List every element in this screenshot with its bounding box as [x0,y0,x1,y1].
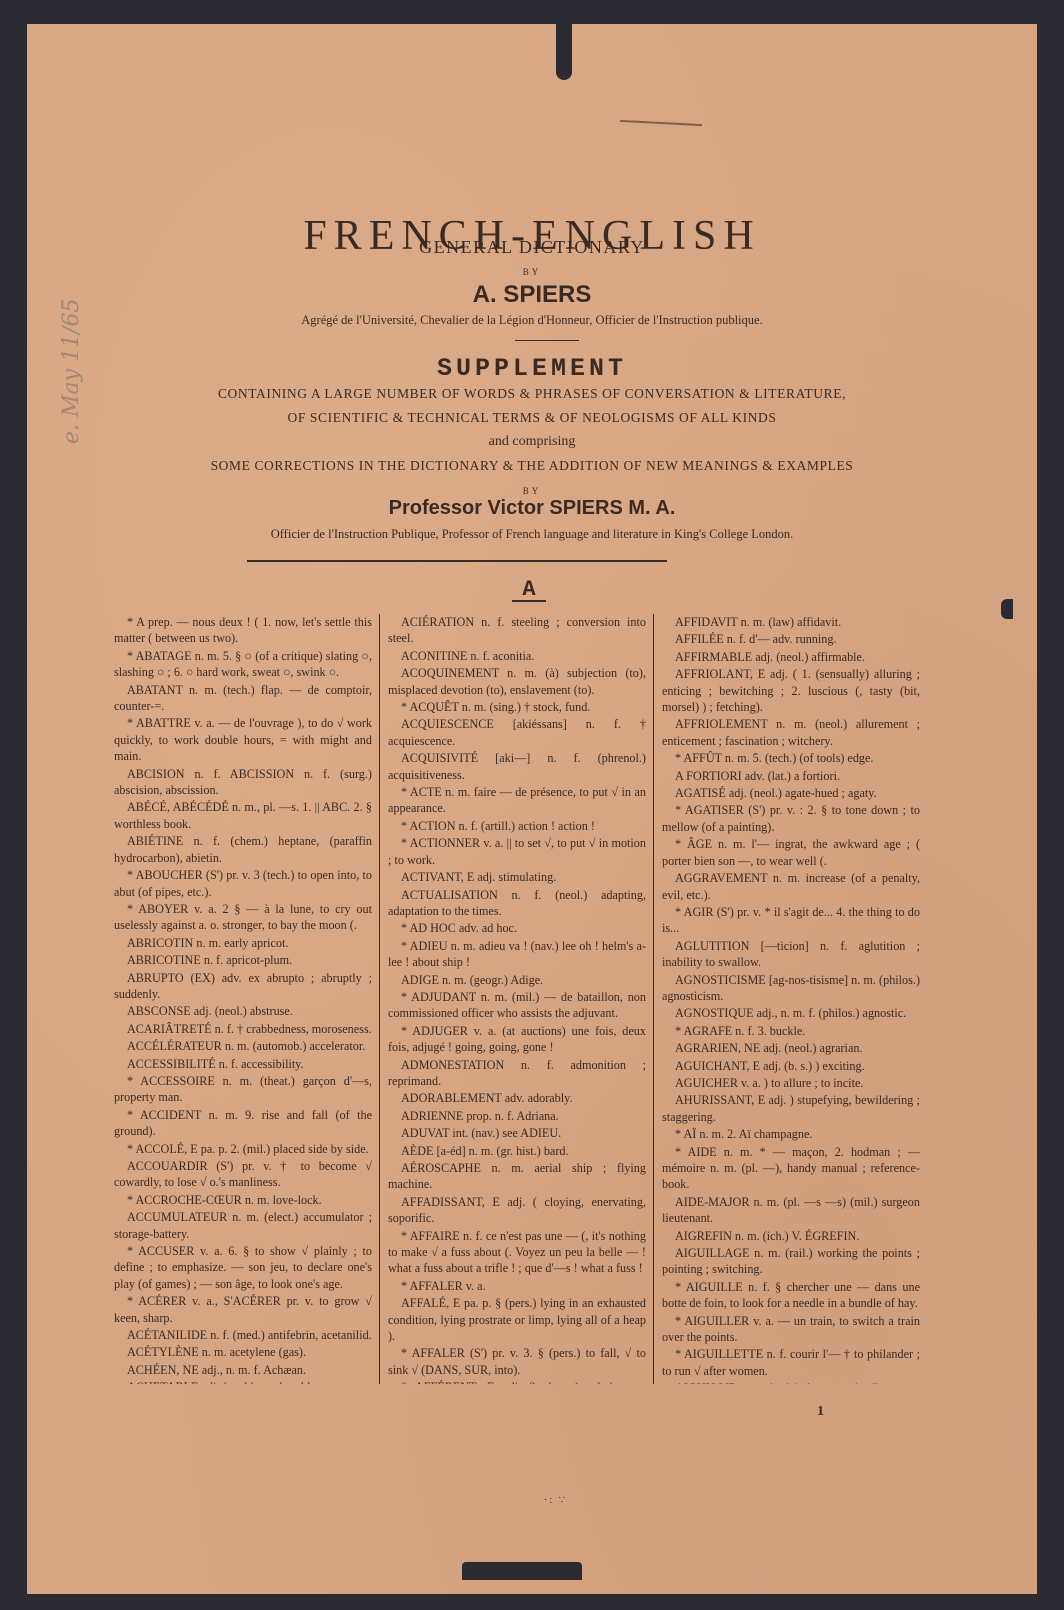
dictionary-entry: AFFRIOLEMENT n. m. (neol.) allurement ; … [662,716,920,749]
dictionary-entry: AFFRIOLANT, E adj. ( 1. (sensually) allu… [662,666,920,715]
dictionary-entry: ABIÉTINE n. f. (chem.) heptane, (paraffi… [114,833,372,866]
dictionary-entry: ACTIVANT, E adj. stimulating. [388,869,646,885]
dictionary-entry: * AIGUILLE n. f. § chercher une — dans u… [662,1279,920,1312]
dictionary-entry: * ACTIONNER v. a. || to set √, to put √ … [388,835,646,868]
dictionary-entry: * ABATTRE v. a. — de l'ouvrage ), to do … [114,715,372,764]
divider-long [247,560,667,562]
description-line-1: CONTAINING A LARGE NUMBER OF WORDS & PHR… [27,386,1037,402]
pencil-mark [620,120,702,126]
page-number: 1 [817,1404,824,1420]
dictionary-subtitle: GENERAL DICTIONARY [27,237,1037,258]
dictionary-entry: AIGUILLAGE n. m. (rail.) working the poi… [662,1245,920,1278]
dictionary-entry: ADRIENNE prop. n. f. Adriana. [388,1108,646,1124]
dictionary-entry: * ACCUSER v. a. 6. § to show √ plainly ;… [114,1243,372,1292]
dictionary-entry: AGUICHANT, E adj. (b. s.) ) exciting. [662,1058,920,1074]
section-letter: A [512,580,546,602]
dictionary-columns: * A prep. — nous deux ! ( 1. now, let's … [111,614,925,1384]
dictionary-entry: ACIÉRATION n. f. steeling ; conversion i… [388,614,646,647]
professor-name: Professor Victor SPIERS M. A. [27,497,1037,520]
dictionary-entry: AIGREFIN n. m. (ich.) V. ÉGREFIN. [662,1228,920,1244]
dictionary-entry: AGRARIEN, NE adj. (neol.) agrarian. [662,1040,920,1056]
dictionary-entry: * AD HOC adv. ad hoc. [388,920,646,936]
dictionary-entry: * AFFÉRENT, E adj. 2. (com.) relating to… [388,1379,646,1384]
dictionary-entry: AFFADISSANT, E adj. ( cloying, enervatin… [388,1194,646,1227]
dictionary-entry: ACOQUINEMENT n. m. (à) subjection (to), … [388,665,646,698]
dictionary-entry: * ACCROCHE-CŒUR n. m. love-lock. [114,1192,372,1208]
description-line-4: SOME CORRECTIONS IN THE DICTIONARY & THE… [27,458,1037,474]
dictionary-entry: * AGIR (S') pr. v. * il s'agit de... 4. … [662,904,920,937]
dictionary-entry: * AFFALER (S') pr. v. 3. § (pers.) to fa… [388,1345,646,1378]
dictionary-entry: ADORABLEMENT adv. adorably. [388,1090,646,1106]
dictionary-entry: ABSCONSE adj. (neol.) abstruse. [114,1003,372,1019]
dictionary-entry: AÈDE [a-éd] n. m. (gr. hist.) bard. [388,1143,646,1159]
dictionary-entry: * ACTION n. f. (artill.) action ! action… [388,818,646,834]
supplement-heading: SUPPLEMENT [27,354,1037,383]
dictionary-entry: * AIDE n. m. * — maçon, 2. hodman ; — mé… [662,1144,920,1193]
by-label-2: BY [27,486,1037,496]
dictionary-entry: ADIGE n. m. (geogr.) Adige. [388,972,646,988]
dictionary-entry: ACCÉLÉRATEUR n. m. (automob.) accelerato… [114,1038,372,1054]
dictionary-entry: * ACCESSOIRE n. m. (theat.) garçon d'—s,… [114,1073,372,1106]
dictionary-entry: AGATISÉ adj. (neol.) agate-hued ; agaty. [662,785,920,801]
dictionary-entry: ACCESSIBILITÉ n. f. accessibility. [114,1056,372,1072]
dictionary-entry: * ACCOLÉ, E pa. p. 2. (mil.) placed side… [114,1141,372,1157]
by-label: BY [27,267,1037,277]
dictionary-entry: * AFFALER v. a. [388,1278,646,1294]
dictionary-entry: * ACTE n. m. faire — de présence, to put… [388,784,646,817]
dictionary-entry: AHURISSANT, E adj. ) stupefying, bewilde… [662,1092,920,1125]
dictionary-entry: * AIGUILLETTE n. f. courir l'— † to phil… [662,1346,920,1379]
dictionary-entry: ACQUISIVITÉ [aki—] n. f. (phrenol.) acqu… [388,750,646,783]
divider-short [515,340,579,341]
dictionary-entry: ABÉCÉ, ABÉCÉDÉ n. m., pl. —s. 1. || ABC.… [114,799,372,832]
dictionary-entry: * AFFÛT n. m. 5. (tech.) (of tools) edge… [662,750,920,766]
dictionary-entry: ABRICOTINE n. f. apricot-plum. [114,952,372,968]
dictionary-entry: ACONITINE n. f. aconitia. [388,648,646,664]
dictionary-entry: ABATANT n. m. (tech.) flap. — de comptoi… [114,682,372,715]
dictionary-entry: ADUVAT int. (nav.) see ADIEU. [388,1125,646,1141]
dictionary-entry: ABCISION n. f. ABCISSION n. f. (surg.) a… [114,766,372,799]
dictionary-entry: * AGRAFE n. f. 3. buckle. [662,1023,920,1039]
description-line-3: and comprising [27,434,1037,450]
dictionary-entry: * AÏ n. m. 2. Aï champagne. [662,1126,920,1142]
dictionary-entry: AGNOSTIQUE adj., n. m. f. (philos.) agno… [662,1005,920,1021]
dictionary-entry: AFFIDAVIT n. m. (law) affidavit. [662,614,920,630]
column-1: * A prep. — nous deux ! ( 1. now, let's … [111,614,375,1384]
dictionary-entry: ACÉTANILIDE n. f. (med.) antifebrin, ace… [114,1327,372,1343]
dictionary-entry: AGNOSTICISME [ag-nos-tisisme] n. m. (phi… [662,972,920,1005]
page-edge-notch [1001,599,1013,619]
dictionary-entry: ADMONESTATION n. f. admonition ; reprima… [388,1057,646,1090]
dictionary-entry: * AIGUILLER v. a. — un train, to switch … [662,1313,920,1346]
dictionary-entry: * ACÉRER v. a., S'ACÉRER pr. v. to grow … [114,1293,372,1326]
dictionary-entry: A FORTIORI adv. (lat.) a fortiori. [662,768,920,784]
dictionary-entry: ACCOUARDIR (S') pr. v. † to become √ cow… [114,1158,372,1191]
document-page: e. May 11/65 FRENCH-ENGLISH GENERAL DICT… [27,24,1037,1594]
professor-credentials: Officier de l'Instruction Publique, Prof… [27,527,1037,542]
dictionary-entry: * ABOYER v. a. 2 § — à la lune, to cry o… [114,901,372,934]
dictionary-entry: ACÉTYLÈNE n. m. acetylene (gas). [114,1344,372,1360]
dictionary-entry: ACHÉEN, NE adj., n. m. f. Achæan. [114,1362,372,1378]
dictionary-entry: AFFALÉ, E pa. p. § (pers.) lying in an e… [388,1295,646,1344]
dictionary-entry: ACCUMULATEUR n. m. (elect.) accumulator … [114,1209,372,1242]
perforation-mark: ·: ∵ [544,1496,567,1505]
author-credentials: Agrégé de l'Université, Chevalier de la … [27,313,1037,328]
dictionary-entry: ACTUALISATION n. f. (neol.) adapting, ad… [388,887,646,920]
dictionary-entry: AFFILÉE n. f. d'— adv. running. [662,631,920,647]
dictionary-entry: ABRUPTO (EX) adv. ex abrupto ; abruptly … [114,970,372,1003]
dictionary-entry: AÉROSCAPHE n. m. aerial ship ; flying ma… [388,1160,646,1193]
dictionary-entry: AGUICHER v. a. ) to allure ; to incite. [662,1075,920,1091]
dictionary-entry: ACARIÂTRETÉ n. f. † crabbedness, morosen… [114,1021,372,1037]
dictionary-entry: * ABATAGE n. m. 5. § ○ (of a critique) s… [114,648,372,681]
page-top-tear [556,24,572,80]
dictionary-entry: AFFIRMABLE adj. (neol.) affirmable. [662,649,920,665]
dictionary-entry: AIDE-MAJOR n. m. (pl. —s —s) (mil.) surg… [662,1194,920,1227]
dictionary-entry: * AFFAIRE n. f. ce n'est pas une — (, it… [388,1228,646,1277]
description-line-2: OF SCIENTIFIC & TECHNICAL TERMS & OF NEO… [27,410,1037,426]
dictionary-entry: AGGRAVEMENT n. m. increase (of a penalty… [662,870,920,903]
dictionary-entry: AIGUISOIR n. m. (tech.) sharpener (tool)… [662,1380,920,1384]
dictionary-entry: * ABOUCHER (S') pr. v. 3 (tech.) to open… [114,867,372,900]
dictionary-entry: ABRICOTIN n. m. early apricot. [114,935,372,951]
page-edge-tear [462,1562,582,1580]
dictionary-entry: * ACQUÊT n. m. (sing.) † stock, fund. [388,699,646,715]
column-2: ACIÉRATION n. f. steeling ; conversion i… [379,614,649,1384]
dictionary-entry: * ACCIDENT n. m. 9. rise and fall (of th… [114,1107,372,1140]
dictionary-entry: ACQUIESCENCE [akiéssans] n. f. † acquies… [388,716,646,749]
dictionary-entry: * ADJUDANT n. m. (mil.) — de bataillon, … [388,989,646,1022]
dictionary-entry: * ÂGE n. m. l'— ingrat, the awkward age … [662,836,920,869]
author-name: A. SPIERS [27,281,1037,309]
column-3: AFFIDAVIT n. m. (law) affidavit.AFFILÉE … [653,614,923,1384]
dictionary-entry: ACHETABLE adj. (neol.) purchasable. [114,1379,372,1384]
dictionary-entry: * ADJUGER v. a. (at auctions) une fois, … [388,1023,646,1056]
dictionary-entry: * AGATISER (S') pr. v. : 2. § to tone do… [662,802,920,835]
dictionary-entry: * A prep. — nous deux ! ( 1. now, let's … [114,614,372,647]
dictionary-entry: * ADIEU n. m. adieu va ! (nav.) lee oh !… [388,938,646,971]
dictionary-entry: AGLUTITION [—ticion] n. f. aglutition ; … [662,938,920,971]
